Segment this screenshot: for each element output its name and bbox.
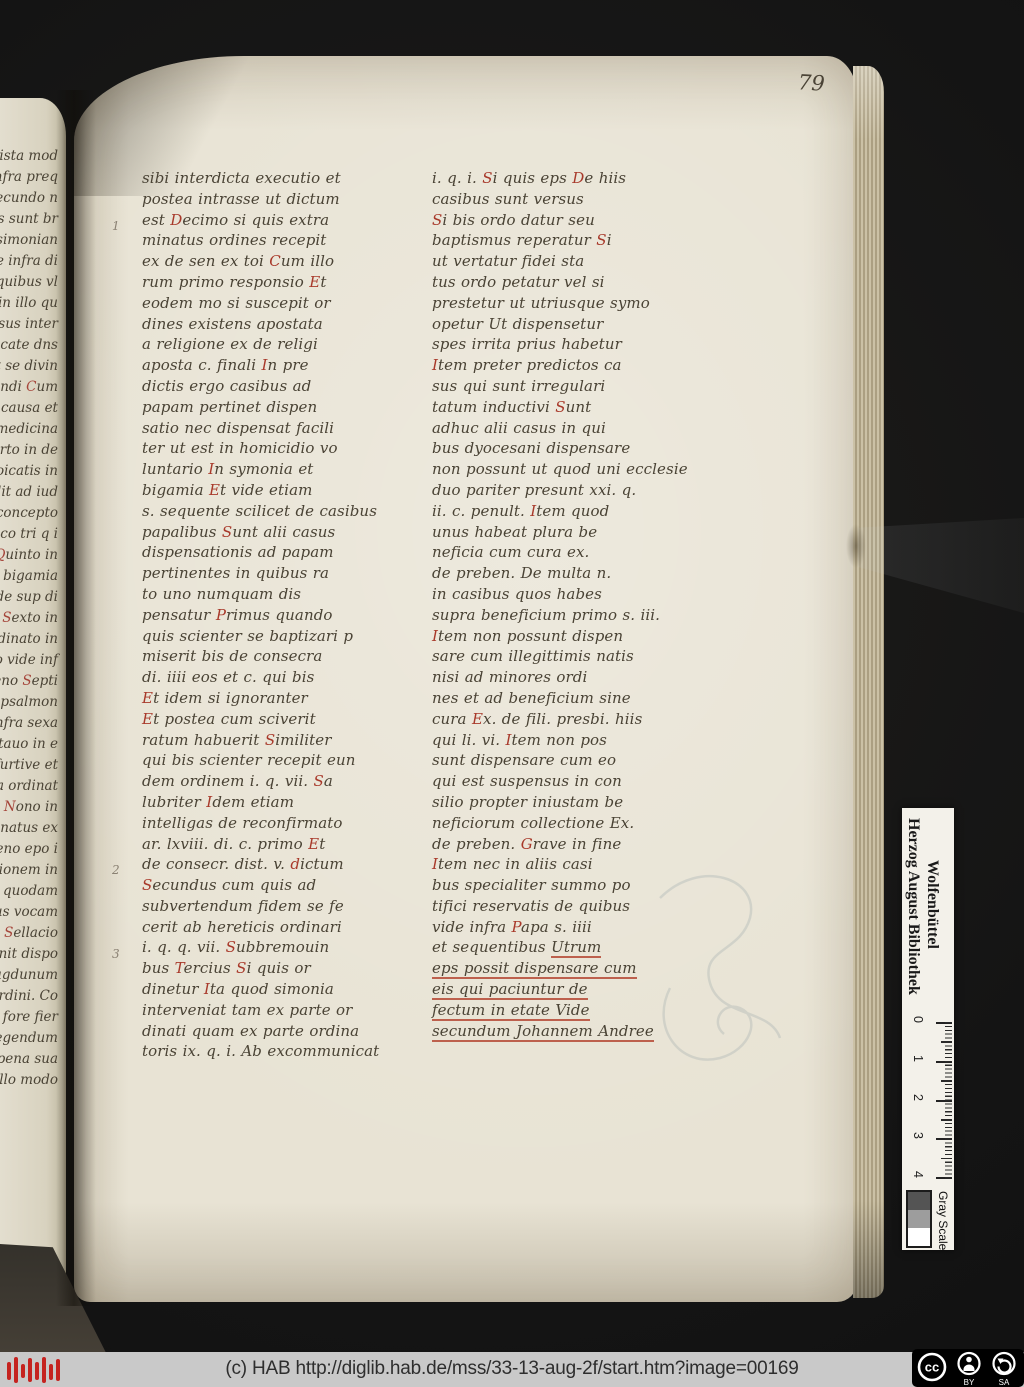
cc-by-sa-badge: cc BY SA — [912, 1349, 1024, 1387]
grayscale-patches — [906, 1190, 932, 1248]
grayscale-white — [908, 1228, 930, 1246]
by-person-icon — [959, 1353, 980, 1374]
ruler-number-4: 4 — [911, 1171, 924, 1178]
previous-page-text: mo de ista modia infra preqmo Secundo no… — [0, 146, 63, 1146]
caption-bar: (c) HAB http://diglib.hab.de/mss/33-13-a… — [0, 1352, 1024, 1387]
ruler-number-3: 3 — [911, 1132, 924, 1139]
hab-red-mark-icon — [5, 1355, 65, 1385]
digitized-manuscript-viewer: mo de ista modia infra preqmo Secundo no… — [0, 0, 1024, 1387]
cc-icon-letters: cc — [925, 1360, 939, 1375]
grayscale-label: Gray Scale — [936, 1191, 950, 1250]
marginal-numbers: 123 — [112, 0, 132, 1100]
cc-badge-graphic: cc BY SA — [912, 1349, 1024, 1387]
ruler-number-2: 2 — [911, 1094, 924, 1101]
copyright-url-text: (c) HAB http://diglib.hab.de/mss/33-13-a… — [0, 1357, 1024, 1381]
photo-background: mo de ista modia infra preqmo Secundo no… — [0, 0, 1024, 1352]
library-name-line1: Herzog August Bibliothek — [904, 818, 922, 995]
ruler-number-1: 1 — [911, 1055, 924, 1062]
grayscale-dark — [908, 1192, 930, 1210]
sa-arrow-icon — [994, 1353, 1015, 1374]
previous-page-edge: mo de ista modia infra preqmo Secundo no… — [0, 98, 66, 1296]
text-column-left: sibi interdicta executio etpostea intras… — [142, 168, 400, 1062]
grayscale-mid — [908, 1210, 930, 1228]
ruler-ticks-mm — [945, 1022, 952, 1181]
page-stack-fore-edge — [853, 66, 884, 1298]
by-label: BY — [964, 1378, 975, 1387]
verso-showthrough-doodle — [640, 868, 810, 1098]
ruler-number-0: 0 — [911, 1016, 924, 1023]
sa-label: SA — [999, 1378, 1010, 1387]
folio-number: 79 — [797, 71, 825, 94]
library-name-line2: Wolfenbüttel — [923, 860, 941, 949]
